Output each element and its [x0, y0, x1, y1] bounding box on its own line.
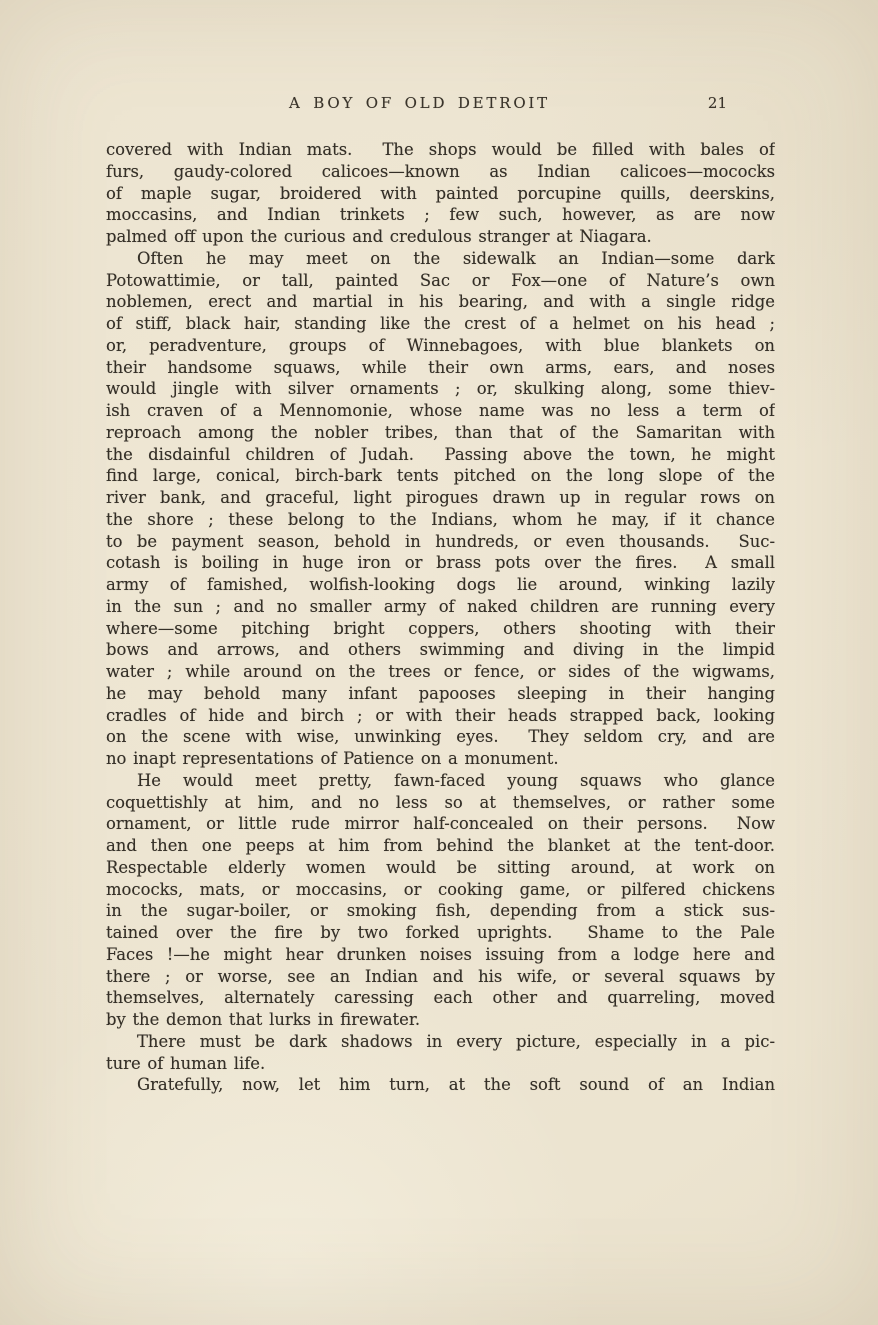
text-line: where—some pitching bright coppers, othe…	[106, 618, 775, 640]
text-line: coquettishly at him, and no less so at t…	[106, 792, 775, 814]
text-line: there ; or worse, see an Indian and his …	[106, 966, 775, 988]
book-page-scan: A BOY OF OLD DETROIT 21 covered with Ind…	[0, 0, 878, 1325]
text-line: find large, conical, birch-bark tents pi…	[106, 465, 775, 487]
paragraph: He would meet pretty, fawn-faced young s…	[106, 770, 775, 1031]
text-line: to be payment season, behold in hundreds…	[106, 531, 775, 553]
running-header-title: A BOY OF OLD DETROIT	[289, 94, 550, 112]
text-line: their handsome squaws, while their own a…	[106, 357, 775, 379]
page-text-body: covered with Indian mats. The shops woul…	[106, 139, 775, 1096]
text-line: cradles of hide and birch ; or with thei…	[106, 705, 775, 727]
text-line: the shore ; these belong to the Indians,…	[106, 509, 775, 531]
text-line: he may behold many infant papooses sleep…	[106, 683, 775, 705]
text-line: Respectable elderly women would be sitti…	[106, 857, 775, 879]
text-line: noblemen, erect and martial in his beari…	[106, 291, 775, 313]
text-line: He would meet pretty, fawn-faced young s…	[106, 770, 775, 792]
text-line: no inapt representations of Patience on …	[106, 748, 775, 770]
text-line: of stiff, black hair, standing like the …	[106, 313, 775, 335]
paragraph: Often he may meet on the sidewalk an Ind…	[106, 248, 775, 770]
text-line: Potowattimie, or tall, painted Sac or Fo…	[106, 270, 775, 292]
text-line: covered with Indian mats. The shops woul…	[106, 139, 775, 161]
running-header: A BOY OF OLD DETROIT 21	[105, 94, 778, 116]
text-line: of maple sugar, broidered with painted p…	[106, 183, 775, 205]
text-line: Often he may meet on the sidewalk an Ind…	[106, 248, 775, 270]
text-line: and then one peeps at him from behind th…	[106, 835, 775, 857]
text-line: cotash is boiling in huge iron or brass …	[106, 552, 775, 574]
text-line: in the sugar-boiler, or smoking fish, de…	[106, 900, 775, 922]
text-line: reproach among the nobler tribes, than t…	[106, 422, 775, 444]
text-line: Faces !—he might hear drunken noises iss…	[106, 944, 775, 966]
text-line: palmed off upon the curious and credulou…	[106, 226, 775, 248]
text-line: Gratefully, now, let him turn, at the so…	[106, 1074, 775, 1096]
text-line: There must be dark shadows in every pict…	[106, 1031, 775, 1053]
paragraph: Gratefully, now, let him turn, at the so…	[106, 1074, 775, 1096]
text-line: on the scene with wise, unwinking eyes. …	[106, 726, 775, 748]
paragraph: There must be dark shadows in every pict…	[106, 1031, 775, 1075]
text-line: furs, gaudy-colored calicoes—known as In…	[106, 161, 775, 183]
text-line: the disdainful children of Judah. Passin…	[106, 444, 775, 466]
text-line: moccasins, and Indian trinkets ; few suc…	[106, 204, 775, 226]
text-line: or, peradventure, groups of Winnebagoes,…	[106, 335, 775, 357]
text-line: water ; while around on the trees or fen…	[106, 661, 775, 683]
text-line: would jingle with silver ornaments ; or,…	[106, 378, 775, 400]
text-line: in the sun ; and no smaller army of nake…	[106, 596, 775, 618]
text-line: ornament, or little rude mirror half-con…	[106, 813, 775, 835]
text-line: by the demon that lurks in firewater.	[106, 1009, 775, 1031]
text-line: ture of human life.	[106, 1053, 775, 1075]
paragraph: covered with Indian mats. The shops woul…	[106, 139, 775, 248]
text-line: mococks, mats, or moccasins, or cooking …	[106, 879, 775, 901]
text-line: ish craven of a Mennomonie, whose name w…	[106, 400, 775, 422]
text-line: bows and arrows, and others swimming and…	[106, 639, 775, 661]
text-line: river bank, and graceful, light pirogues…	[106, 487, 775, 509]
text-line: army of famished, wolfish-looking dogs l…	[106, 574, 775, 596]
text-line: themselves, alternately caressing each o…	[106, 987, 775, 1009]
page-number: 21	[708, 94, 727, 112]
text-line: tained over the fire by two forked uprig…	[106, 922, 775, 944]
